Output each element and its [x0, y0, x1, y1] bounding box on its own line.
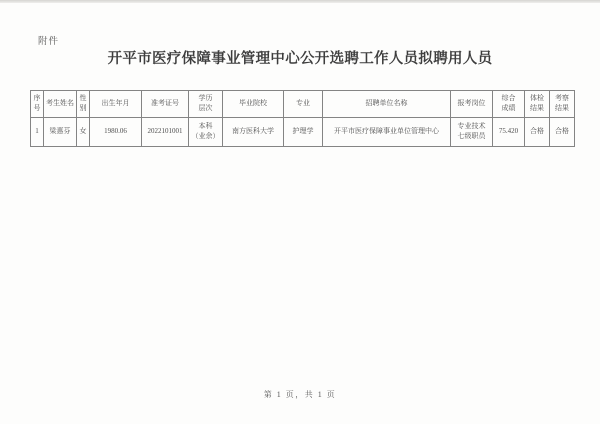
column-header-medical: 体检 结果: [525, 91, 550, 118]
column-header-major: 专业: [284, 91, 323, 118]
column-header-index: 序 号: [31, 91, 44, 118]
column-header-education: 学历 层次: [189, 91, 223, 118]
column-header-gender: 性 别: [77, 91, 90, 118]
table-row: 1 梁惠芬 女 1980.06 2022101001 本科 （业余） 南方医科大…: [31, 118, 575, 147]
cell-birth: 1980.06: [90, 118, 142, 147]
document-page: 附件 开平市医疗保障事业管理中心公开选聘工作人员拟聘用人员 序 号 考生姓名 性…: [0, 0, 600, 424]
cell-inspection-result: 合格: [550, 118, 575, 147]
column-header-inspection: 考察 结果: [550, 91, 575, 118]
scan-edge: [0, 0, 600, 3]
table-header-row: 序 号 考生姓名 性 别 出生年月 准考证号 学历 层次 毕业院校 专业 招聘单…: [31, 91, 575, 118]
cell-position: 专业技术 七级职员: [451, 118, 493, 147]
page-footer: 第 1 页，共 1 页: [0, 389, 600, 400]
cell-education: 本科 （业余）: [189, 118, 223, 147]
column-header-employer: 招聘单位名称: [323, 91, 451, 118]
cell-medical-result: 合格: [525, 118, 550, 147]
cell-name: 梁惠芬: [44, 118, 77, 147]
candidates-table: 序 号 考生姓名 性 别 出生年月 准考证号 学历 层次 毕业院校 专业 招聘单…: [30, 90, 575, 147]
attachment-label: 附件: [38, 33, 59, 47]
cell-index: 1: [31, 118, 44, 147]
cell-school: 南方医科大学: [223, 118, 284, 147]
column-header-birth: 出生年月: [90, 91, 142, 118]
cell-gender: 女: [77, 118, 90, 147]
column-header-score: 综合 成绩: [493, 91, 525, 118]
column-header-school: 毕业院校: [223, 91, 284, 118]
page-title: 开平市医疗保障事业管理中心公开选聘工作人员拟聘用人员: [0, 47, 600, 68]
cell-employer: 开平市医疗保障事业单位管理中心: [323, 118, 451, 147]
cell-score: 75.420: [493, 118, 525, 147]
column-header-exam-no: 准考证号: [142, 91, 189, 118]
cell-exam-no: 2022101001: [142, 118, 189, 147]
column-header-name: 考生姓名: [44, 91, 77, 118]
cell-major: 护理学: [284, 118, 323, 147]
column-header-position: 报考岗位: [451, 91, 493, 118]
